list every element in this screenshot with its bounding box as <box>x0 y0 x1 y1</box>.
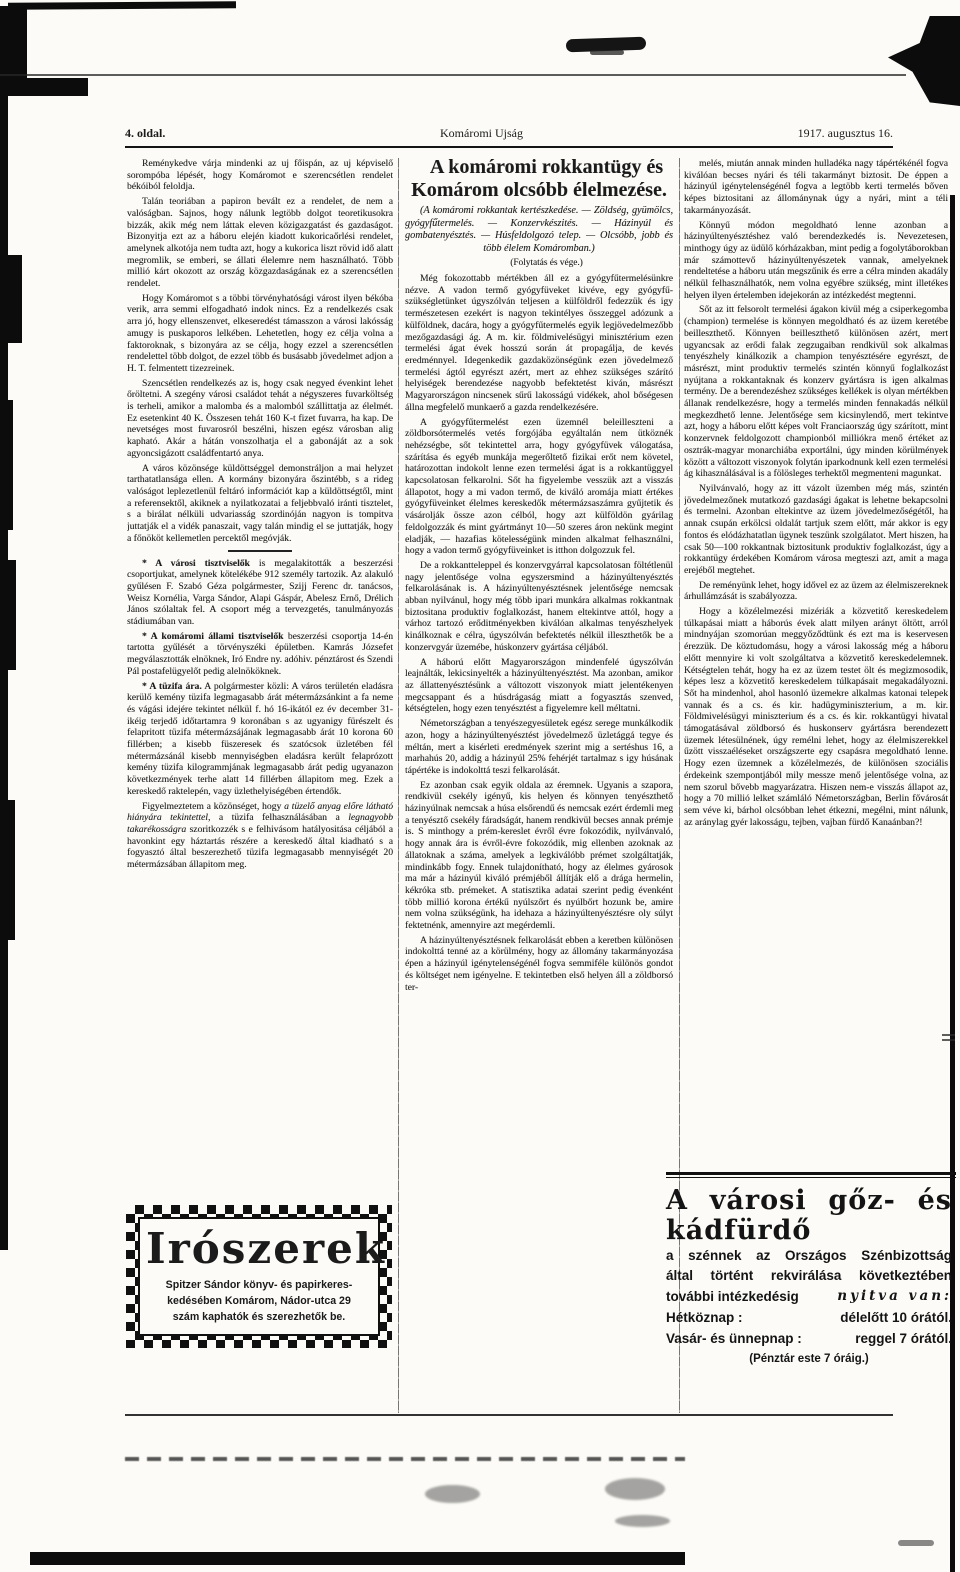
scan-edge-right <box>950 195 955 1572</box>
bath-ad-hours-weekday: Hétköznap : délelőtt 10 órától. <box>666 1307 952 1328</box>
scan-artifact <box>8 1 236 10</box>
page-corner-fold <box>888 16 960 106</box>
note-text: A polgármester közli: A város területén … <box>127 681 393 797</box>
header-rule <box>125 146 893 148</box>
ad-line: Spitzer Sándor könyv- és papirkeres- <box>146 1277 372 1293</box>
scan-artifact <box>5 255 22 343</box>
scan-smudge <box>590 50 624 55</box>
section-divider <box>228 550 292 552</box>
stationery-ad: Irószerek Spitzer Sándor könyv- és papir… <box>126 1205 392 1348</box>
continuation-note: (Folytatás és vége.) <box>405 258 673 270</box>
paragraph: Németországban a tenyészegyesületek egés… <box>405 718 673 777</box>
bath-ad-line: további intézkedésig nyitva van: <box>666 1286 952 1307</box>
paragraph: Figyelmeztetem a közönséget, hogy a tüze… <box>127 801 393 871</box>
paragraph: Szencsétlen rendelkezés az is, hogy csak… <box>127 378 393 460</box>
stationery-ad-frame: Irószerek Spitzer Sándor könyv- és papir… <box>138 1217 380 1336</box>
smudged-rule <box>125 1457 685 1461</box>
bath-ad-hours-weekend: Vasár- és ünnepnap : reggel 7 órától. <box>666 1328 952 1349</box>
closing-text: Figyelmeztetem a közönséget, hogy <box>142 801 284 812</box>
right-column: melés, miután annak minden hulladéka nag… <box>684 158 948 1170</box>
paragraph: melés, miután annak minden hulladéka nag… <box>684 158 948 217</box>
bath-ad-title: A városi gőz- és kádfürdő <box>666 1186 952 1246</box>
stationery-ad-title: Irószerek <box>146 1227 372 1271</box>
bath-ad-line: által történt rekvirálása következtében <box>666 1266 952 1286</box>
scan-artifact <box>1 400 13 530</box>
newspaper-page: 4. oldal. Komáromi Ujság 1917. augusztus… <box>0 0 960 1572</box>
closing-text: a tüzifa felhasználásában a <box>210 812 348 823</box>
newspaper-title: Komáromi Ujság <box>440 126 523 141</box>
paragraph: Nyilvánvaló, hogy az itt vázolt üzemben … <box>684 483 948 577</box>
bath-ad-open-note: nyitva van: <box>837 1286 952 1307</box>
note-lead: * A komáromi állami tisztviselők <box>142 631 283 642</box>
bath-ad-footer: (Pénztár este 7 óráig.) <box>666 1353 952 1365</box>
paragraph: De a rokkantteleppel és konzervgyárral k… <box>405 560 673 654</box>
paragraph: Még fokozottabb mértékben áll ez a gyógy… <box>405 273 673 413</box>
news-note: * A tüzifa ára. A polgármester közli: A … <box>127 681 393 798</box>
paragraph: A házinyúltenyésztésnek felkarolását ebb… <box>405 935 673 994</box>
news-note: * A városi tisztviselők is megalakitottá… <box>127 558 393 628</box>
scan-line <box>0 74 906 76</box>
note-lead: * A városi tisztviselők <box>142 558 250 569</box>
hours-value: délelőtt 10 órától. <box>840 1307 952 1328</box>
column-rule <box>398 158 399 1413</box>
ad-top-rule <box>666 1172 956 1178</box>
note-lead: * A tüzifa ára. <box>142 681 202 692</box>
print-blotch <box>605 1478 665 1500</box>
ad-line: szám kaphatók és szerezhetők be. <box>146 1309 372 1325</box>
article-headline: A komáromi rokkantügy és Komárom olcsóbb… <box>405 156 673 202</box>
hours-label: Vasár- és ünnepnap : <box>666 1328 802 1349</box>
scan-artifact <box>3 560 16 670</box>
stationery-ad-text: Spitzer Sándor könyv- és papirkeres- ked… <box>146 1277 372 1325</box>
ad-line: kedésében Komárom, Nádor-utca 29 <box>146 1293 372 1309</box>
hours-value: reggel 7 órától. <box>855 1328 952 1349</box>
paragraph: Ez azonban csak egyik oldala az éremnek.… <box>405 780 673 932</box>
paragraph: Hogy a közélelmezési mizériák a közvetit… <box>684 606 948 828</box>
article-subtitle: (A komáromi rokkantak kertészkedése. — Z… <box>405 205 673 255</box>
hours-label: Hétköznap : <box>666 1307 743 1328</box>
paragraph: Talán teoriában a papiron bevált ez a re… <box>127 196 393 290</box>
scan-artifact <box>0 78 88 96</box>
print-blotch <box>425 1485 480 1503</box>
bath-ad-line: a szénnek az Országos Szénbizottság <box>666 1246 952 1266</box>
paragraph: De reményünk lehet, hogy idővel ez az üz… <box>684 580 948 603</box>
scan-artifact <box>4 800 15 940</box>
left-column: Reménykedve várja mindenki az uj főispán… <box>127 158 393 1200</box>
paragraph: A gyógyfűtermelést ezen üzemnél beleille… <box>405 417 673 557</box>
middle-column: A komáromi rokkantügy és Komárom olcsóbb… <box>405 156 673 1404</box>
bath-ad-text: további intézkedésig <box>666 1286 799 1307</box>
paragraph: Sőt az itt felsorolt termelési ágakon ki… <box>684 304 948 480</box>
paragraph: A város közönsége küldöttséggel demonstr… <box>127 463 393 545</box>
news-note: * A komáromi állami tisztviselők beszerz… <box>127 631 393 678</box>
paragraph: Hogy Komáromot s a többi törvényhatósági… <box>127 293 393 375</box>
paragraph: A háború előtt Magyarországon mindenfelé… <box>405 657 673 716</box>
print-blotch <box>615 1515 670 1527</box>
page-header: 4. oldal. Komáromi Ujság 1917. augusztus… <box>125 126 893 141</box>
scan-mark <box>898 1540 934 1546</box>
scan-edge-bottom <box>30 1552 685 1565</box>
paragraph: Könnyű módon megoldható lenne azonban a … <box>684 220 948 302</box>
issue-date: 1917. augusztus 16. <box>798 126 893 141</box>
paragraph: Reménykedve várja mindenki az uj főispán… <box>127 158 393 193</box>
page-number: 4. oldal. <box>125 126 165 141</box>
bottom-rule <box>125 1414 893 1416</box>
bath-house-ad: A városi gőz- és kádfürdő a szénnek az O… <box>666 1186 952 1365</box>
